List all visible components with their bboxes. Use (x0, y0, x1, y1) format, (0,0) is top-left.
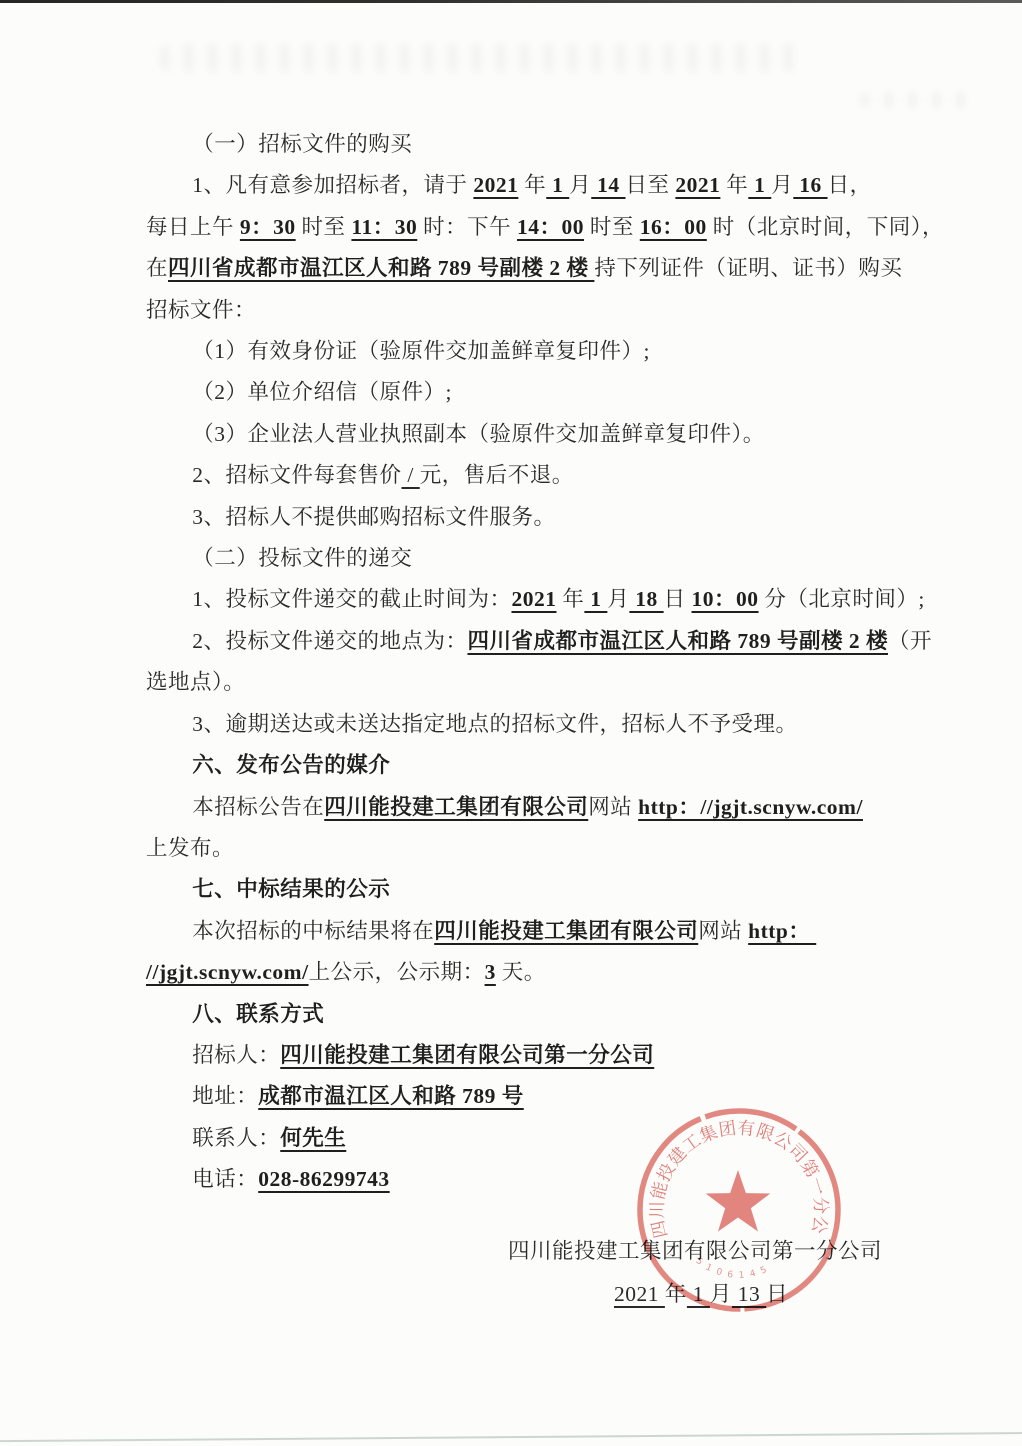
text-run: //jgjt.scnyw.com/ (146, 960, 309, 984)
text-run: （开 (888, 629, 932, 653)
text-run: 16：00 (640, 215, 707, 239)
text-run: 1、投标文件递交的截止时间为： (192, 587, 511, 611)
text-run: 1 (748, 173, 771, 197)
text-run: 招标人： (192, 1043, 280, 1067)
text-run: （一）招标文件的购买 (192, 132, 412, 156)
paragraph-line: （一）招标文件的购买 (146, 124, 861, 165)
paragraph-line: （2）单位介绍信（原件）; (146, 372, 861, 413)
paragraph-line: （1）有效身份证（验原件交加盖鲜章复印件）; (146, 331, 861, 372)
text-run: 2、招标文件每套售价 (192, 463, 401, 487)
text-run: 月 (771, 173, 793, 197)
text-run: 14：00 (517, 215, 584, 239)
svg-text:5106145: 5106145 (694, 1256, 774, 1281)
text-run: 日 (664, 587, 692, 611)
seal-number: 5106145 (694, 1256, 774, 1281)
text-run: 2、投标文件递交的地点为： (192, 629, 467, 653)
paragraph-line: 在四川省成都市温江区人和路 789 号副楼 2 楼 持下列证件（证明、证书）购买 (146, 248, 861, 289)
text-run: 月 (607, 587, 629, 611)
paragraph-line: 七、中标结果的公示 (146, 869, 861, 910)
paragraph-line: 招标人：四川能投建工集团有限公司第一分公司 (146, 1035, 861, 1076)
text-run: 时：下午 (417, 215, 517, 239)
text-run: 9：30 (240, 215, 296, 239)
text-run: （2）单位介绍信（原件）; (192, 380, 452, 404)
paragraph-line: 1、投标文件递交的截止时间为：2021 年 1 月 18 日 10：00 分（北… (146, 579, 861, 620)
paragraph-line: //jgjt.scnyw.com/上公示，公示期：3 天。 (146, 952, 861, 993)
ink-bleed-smudge (160, 44, 800, 72)
text-run: 四川能投建工集团有限公司第一分公司 (280, 1043, 654, 1067)
paragraph-line: 2、投标文件递交的地点为：四川省成都市温江区人和路 789 号副楼 2 楼（开 (146, 621, 861, 662)
text-run: / (401, 463, 419, 487)
text-run: 本次招标的中标结果将在 (192, 919, 434, 943)
paragraph-line: 招标文件： (146, 290, 861, 331)
text-run: 每日上午 (146, 215, 240, 239)
text-run: http：//jgjt.scnyw.com/ (638, 795, 863, 819)
text-run: 时至 (584, 215, 640, 239)
text-run: 成都市温江区人和路 789 号 (258, 1084, 524, 1108)
text-run: 招标文件： (146, 298, 256, 322)
text-run: 上公示，公示期： (309, 960, 485, 984)
paragraph-line: 本次招标的中标结果将在四川能投建工集团有限公司网站 http： (146, 911, 861, 952)
text-run: 3 (485, 960, 496, 984)
text-run: 月 (569, 173, 591, 197)
text-run: 1、凡有意参加招标者，请于 (192, 173, 473, 197)
text-run: 3、招标人不提供邮购招标文件服务。 (192, 505, 555, 529)
text-run: 18 (629, 587, 663, 611)
paragraph-line: 选地点）。 (146, 662, 861, 703)
text-run: 时（北京时间，下同）， (707, 215, 944, 239)
text-run: 3、逾期送达或未送达指定地点的招标文件，招标人不予受理。 (192, 712, 797, 736)
text-run: 七、中标结果的公示 (192, 877, 390, 901)
text-run: 在 (146, 256, 168, 280)
paragraph-line: （3）企业法人营业执照副本（验原件交加盖鲜章复印件）。 (146, 414, 861, 455)
scanned-document-page: （一）招标文件的购买1、凡有意参加招标者，请于 2021 年 1 月 14 日至… (0, 0, 1022, 1446)
paragraph-line: 八、联系方式 (146, 994, 861, 1035)
ink-bleed-smudge (860, 92, 980, 108)
text-run: 年 (518, 173, 546, 197)
text-run: （1）有效身份证（验原件交加盖鲜章复印件）; (192, 339, 650, 363)
text-run: 电话： (192, 1167, 258, 1191)
paragraph-line: 3、逾期送达或未送达指定地点的招标文件，招标人不予受理。 (146, 704, 861, 745)
text-run: http： (748, 919, 816, 943)
paragraph-line: 本招标公告在四川能投建工集团有限公司网站 http：//jgjt.scnyw.c… (146, 787, 861, 828)
text-run: 六、发布公告的媒介 (192, 753, 390, 777)
text-run: 分（北京时间）; (759, 587, 925, 611)
text-run: 天。 (496, 960, 546, 984)
text-run: 选地点）。 (146, 670, 245, 694)
text-run: 年 (720, 173, 748, 197)
text-run: 日， (828, 173, 872, 197)
text-run: （二）投标文件的递交 (192, 546, 412, 570)
text-run: 联系人： (192, 1126, 280, 1150)
text-run: 网站 (698, 919, 748, 943)
text-run: 四川省成都市温江区人和路 789 号副楼 2 楼 (467, 629, 888, 653)
text-run: 028-86299743 (258, 1167, 389, 1191)
paragraph-line: 2、招标文件每套售价 / 元，售后不退。 (146, 455, 861, 496)
text-run: 日至 (626, 173, 676, 197)
scan-bottom-line-artifact (0, 1432, 1022, 1443)
text-run: 网站 (588, 795, 638, 819)
text-run: 2021 (473, 173, 518, 197)
paragraph-line: 3、招标人不提供邮购招标文件服务。 (146, 497, 861, 538)
text-run: 1 (584, 587, 607, 611)
paragraph-line: 每日上午 9：30 时至 11：30 时：下午 14：00 时至 16：00 时… (146, 207, 861, 248)
text-run: 年 (556, 587, 584, 611)
text-run: 地址： (192, 1084, 258, 1108)
text-run: 八、联系方式 (192, 1002, 324, 1026)
text-run: 14 (591, 173, 625, 197)
text-run: （3）企业法人营业执照副本（验原件交加盖鲜章复印件）。 (192, 422, 765, 446)
paragraph-line: 六、发布公告的媒介 (146, 745, 861, 786)
seal-star (706, 1170, 771, 1232)
paragraph-line: （二）投标文件的递交 (146, 538, 861, 579)
text-run: 四川能投建工集团有限公司 (324, 795, 588, 819)
text-run: 时至 (296, 215, 352, 239)
scan-top-edge-artifact (0, 0, 1022, 3)
text-run: 10：00 (692, 587, 759, 611)
text-run: 四川能投建工集团有限公司 (434, 919, 698, 943)
paragraph-line: 上发布。 (146, 828, 861, 869)
text-run: 11：30 (351, 215, 417, 239)
document-body: （一）招标文件的购买1、凡有意参加招标者，请于 2021 年 1 月 14 日至… (146, 124, 861, 1201)
text-run: 上发布。 (146, 836, 234, 860)
text-run: 1 (546, 173, 569, 197)
text-run: 四川省成都市温江区人和路 789 号副楼 2 楼 (168, 256, 594, 280)
text-run: 元，售后不退。 (420, 463, 574, 487)
paragraph-line: 1、凡有意参加招标者，请于 2021 年 1 月 14 日至 2021 年 1 … (146, 165, 861, 206)
text-run: 2021 (675, 173, 720, 197)
text-run: 何先生 (280, 1126, 346, 1150)
text-run: 16 (793, 173, 827, 197)
text-run: 本招标公告在 (192, 795, 324, 819)
company-seal: 四川能投建工集团有限公司第一分公司 5106145 (634, 1104, 846, 1318)
text-run: 持下列证件（证明、证书）购买 (594, 256, 902, 280)
text-run: 2021 (511, 587, 556, 611)
